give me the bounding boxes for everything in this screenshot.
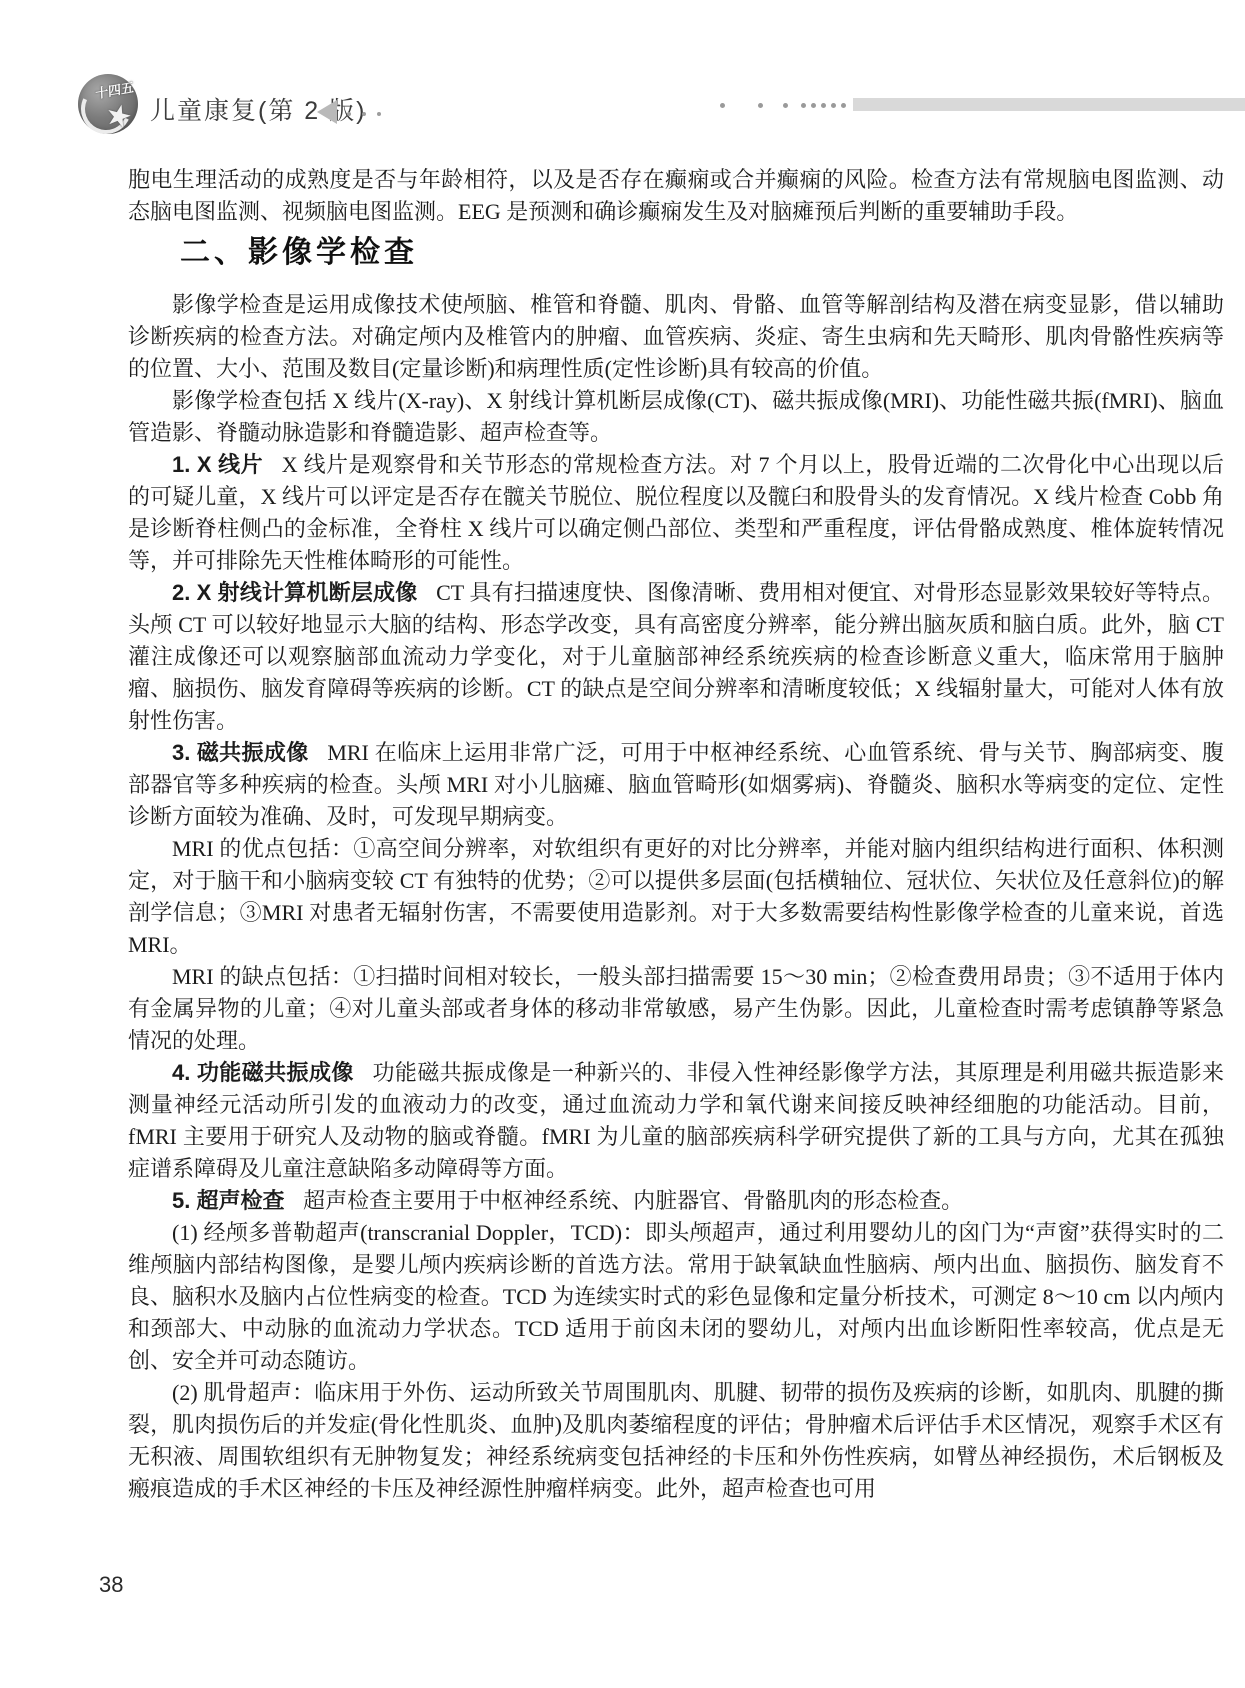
paragraph-text: (2) 肌骨超声：临床用于外伤、运动所致关节周围肌肉、肌腱、韧带的损伤及疾病的诊… <box>128 1380 1224 1501</box>
paragraph: MRI 的优点包括：①高空间分辨率，对软组织有更好的对比分辨率，并能对脑内组织结… <box>128 833 1224 961</box>
paragraph-text: MRI 的优点包括：①高空间分辨率，对软组织有更好的对比分辨率，并能对脑内组织结… <box>128 836 1224 957</box>
page-body: 胞电生理活动的成熟度是否与年龄相符，以及是否存在癫痫或合并癫痫的风险。检查方法有… <box>128 164 1224 1505</box>
dot-icon <box>811 103 816 108</box>
header-dots-right <box>720 103 846 121</box>
dot-icon <box>841 103 846 108</box>
dot-icon <box>831 103 836 108</box>
paragraph-text: MRI 的缺点包括：①扫描时间相对较长，一般头部扫描需要 15～30 min；②… <box>128 964 1224 1053</box>
header-dots-left <box>347 112 392 130</box>
page-header: ★ 十四五 儿童康复(第 2 版) <box>0 0 1245 145</box>
paragraph-label: 3. 磁共振成像 <box>172 740 309 765</box>
paragraph: 影像学检查包括 X 线片(X-ray)、X 射线计算机断层成像(CT)、磁共振成… <box>128 385 1224 449</box>
paragraph: 胞电生理活动的成熟度是否与年龄相符，以及是否存在癫痫或合并癫痫的风险。检查方法有… <box>128 164 1224 228</box>
paragraph-text: (1) 经颅多普勒超声(transcranial Doppler，TCD)：即头… <box>128 1220 1224 1373</box>
paragraph-label: 1. X 线片 <box>172 452 263 477</box>
paragraph: (1) 经颅多普勒超声(transcranial Doppler，TCD)：即头… <box>128 1217 1224 1377</box>
paragraph-label: 5. 超声检查 <box>172 1188 284 1213</box>
paragraph-text: 胞电生理活动的成熟度是否与年龄相符，以及是否存在癫痫或合并癫痫的风险。检查方法有… <box>128 167 1224 224</box>
paragraph-text: X 线片是观察骨和关节形态的常规检查方法。对 7 个月以上，股骨近端的二次骨化中… <box>128 452 1224 573</box>
book-page: { "header": { "series_badge": "十四五", "bo… <box>0 0 1245 1688</box>
dot-icon <box>801 103 806 108</box>
dot-icon <box>377 112 381 116</box>
paragraph: MRI 的缺点包括：①扫描时间相对较长，一般头部扫描需要 15～30 min；②… <box>128 961 1224 1057</box>
paragraph-text: 超声检查主要用于中枢神经系统、内脏器官、骨骼肌肉的形态检查。 <box>303 1188 963 1213</box>
paragraph: (2) 肌骨超声：临床用于外伤、运动所致关节周围肌肉、肌腱、韧带的损伤及疾病的诊… <box>128 1377 1224 1505</box>
paragraph: 影像学检查是运用成像技术使颅脑、椎管和脊髓、肌肉、骨骼、血管等解剖结构及潜在病变… <box>128 289 1224 385</box>
paragraph: 5. 超声检查超声检查主要用于中枢神经系统、内脏器官、骨骼肌肉的形态检查。 <box>128 1185 1224 1217</box>
section-heading: 二、影像学检查 <box>128 235 1224 271</box>
series-logo: ★ 十四五 <box>78 74 138 134</box>
paragraph-text: 影像学检查是运用成像技术使颅脑、椎管和脊髓、肌肉、骨骼、血管等解剖结构及潜在病变… <box>128 292 1224 381</box>
dot-icon <box>362 112 366 116</box>
header-rule-bar <box>853 98 1245 111</box>
paragraph: 1. X 线片X 线片是观察骨和关节形态的常规检查方法。对 7 个月以上，股骨近… <box>128 449 1224 577</box>
paragraph-label: 2. X 射线计算机断层成像 <box>172 580 417 605</box>
paragraph: 2. X 射线计算机断层成像CT 具有扫描速度快、图像清晰、费用相对便宜、对骨形… <box>128 577 1224 737</box>
dot-icon <box>347 112 351 116</box>
dot-icon <box>758 103 763 108</box>
dot-icon <box>720 103 725 108</box>
star-icon: ★ <box>102 99 135 135</box>
page-number: 38 <box>99 1572 123 1598</box>
chevron-left-icon <box>317 100 337 124</box>
paragraph-text: 影像学检查包括 X 线片(X-ray)、X 射线计算机断层成像(CT)、磁共振成… <box>128 388 1224 445</box>
dot-icon <box>821 103 826 108</box>
paragraph: 4. 功能磁共振成像功能磁共振成像是一种新兴的、非侵入性神经影像学方法，其原理是… <box>128 1057 1224 1185</box>
dot-icon <box>783 103 788 108</box>
paragraph: 3. 磁共振成像MRI 在临床上运用非常广泛，可用于中枢神经系统、心血管系统、骨… <box>128 737 1224 833</box>
paragraph-label: 4. 功能磁共振成像 <box>172 1060 354 1085</box>
